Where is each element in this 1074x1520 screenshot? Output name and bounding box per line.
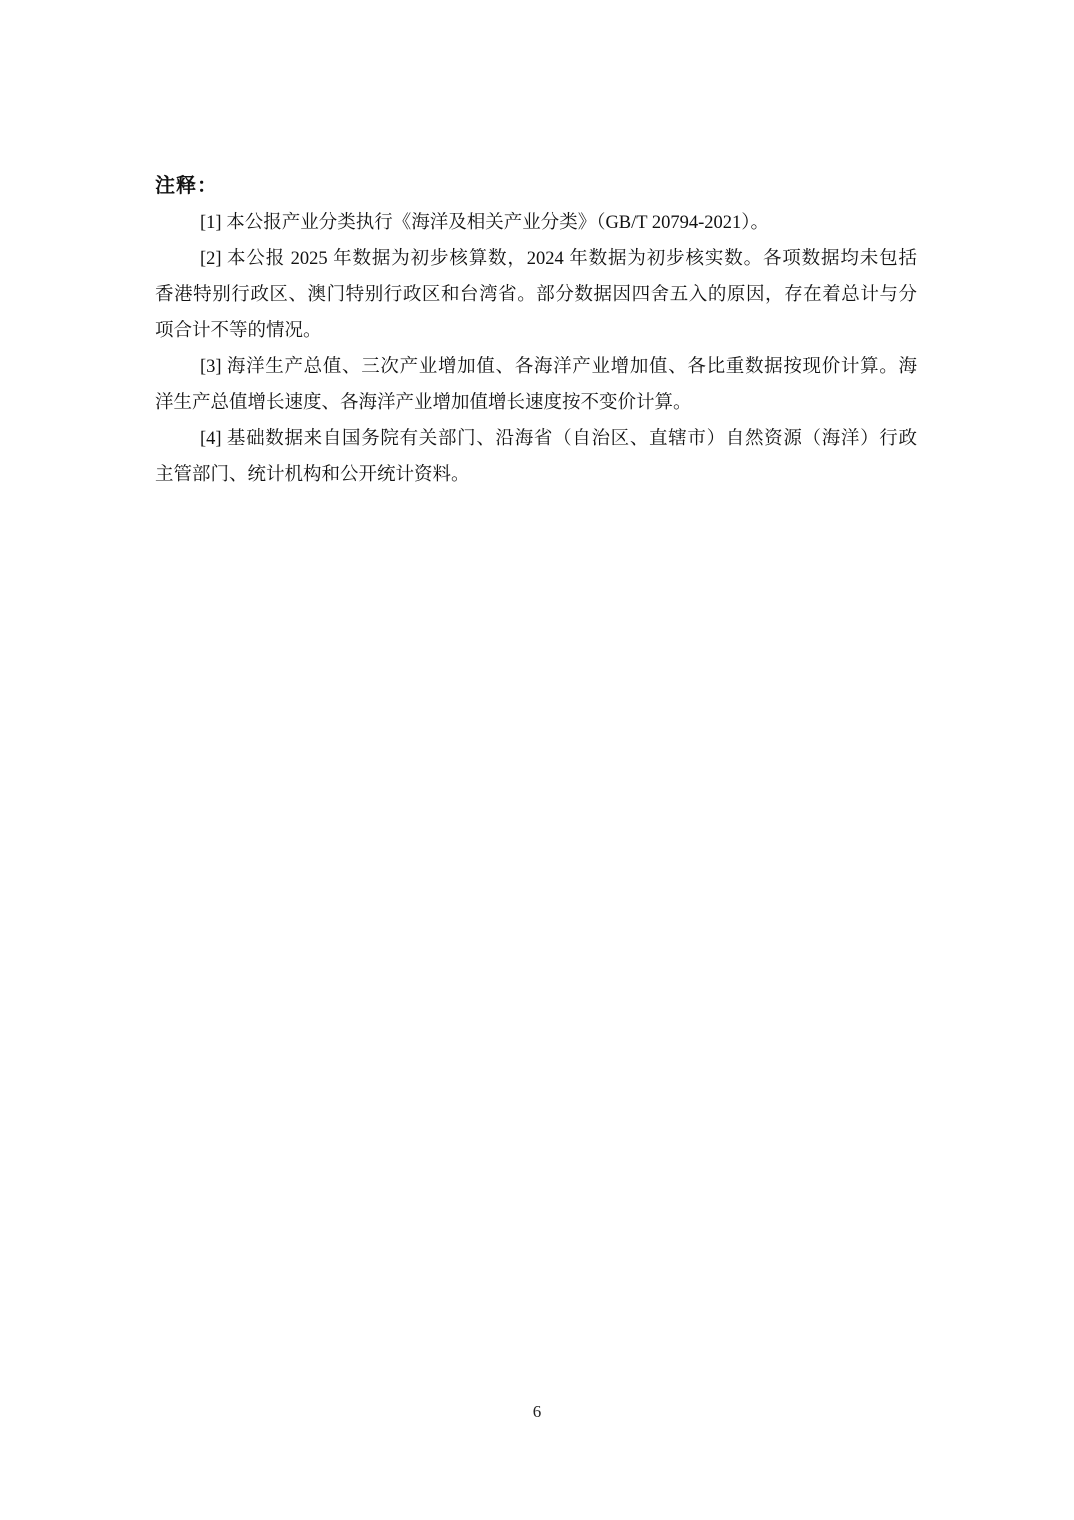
notes-section: 注释： [1] 本公报产业分类执行《海洋及相关产业分类》（GB/T 20794-… (155, 168, 917, 493)
page-footer: 6 (0, 1402, 1074, 1422)
note-line: 洋生产总值增长速度、各海洋产业增加值增长速度按不变价计算。 (155, 385, 917, 421)
note-line: [2] 本公报 2025 年数据为初步核算数，2024 年数据为初步核实数。各项… (155, 241, 917, 277)
note-line: [3] 海洋生产总值、三次产业增加值、各海洋产业增加值、各比重数据按现价计算。海 (155, 349, 917, 385)
page-number: 6 (533, 1402, 542, 1421)
note-paragraph: [2] 本公报 2025 年数据为初步核算数，2024 年数据为初步核实数。各项… (155, 241, 917, 349)
note-line: 主管部门、统计机构和公开统计资料。 (155, 457, 917, 493)
note-paragraph: [3] 海洋生产总值、三次产业增加值、各海洋产业增加值、各比重数据按现价计算。海… (155, 349, 917, 421)
note-paragraph: [4] 基础数据来自国务院有关部门、沿海省（自治区、直辖市）自然资源（海洋）行政… (155, 421, 917, 493)
notes-heading: 注释： (155, 168, 917, 205)
note-line: 香港特别行政区、澳门特别行政区和台湾省。部分数据因四舍五入的原因，存在着总计与分 (155, 277, 917, 313)
document-page: 注释： [1] 本公报产业分类执行《海洋及相关产业分类》（GB/T 20794-… (0, 0, 1074, 1520)
note-line: [1] 本公报产业分类执行《海洋及相关产业分类》（GB/T 20794-2021… (155, 205, 917, 241)
note-line: [4] 基础数据来自国务院有关部门、沿海省（自治区、直辖市）自然资源（海洋）行政 (155, 421, 917, 457)
note-paragraph: [1] 本公报产业分类执行《海洋及相关产业分类》（GB/T 20794-2021… (155, 205, 917, 241)
notes-list: [1] 本公报产业分类执行《海洋及相关产业分类》（GB/T 20794-2021… (155, 205, 917, 493)
note-line: 项合计不等的情况。 (155, 313, 917, 349)
